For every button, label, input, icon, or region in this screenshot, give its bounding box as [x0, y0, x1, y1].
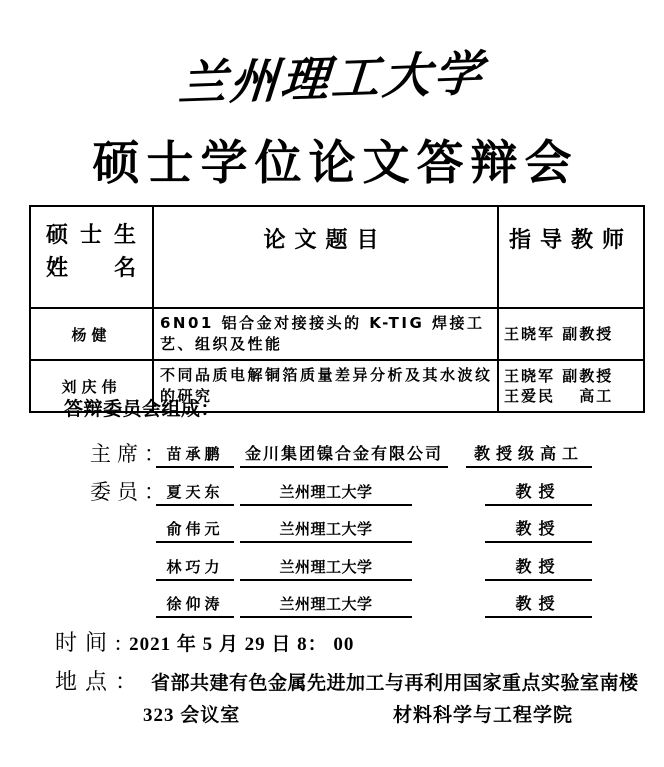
student-name-header: 硕士生 姓名: [30, 206, 153, 308]
meeting-room-text: 323 会议室: [143, 700, 240, 727]
document-page: 兰州理工大学 硕士学位论文答辩会 硕士生 姓名 论文题目 指导教师 杨健 6N0…: [0, 0, 664, 767]
committee-member-org: 兰州理工大学: [240, 481, 412, 506]
student-name-header-line1: 硕士生: [46, 219, 138, 251]
student-name-cell: 杨健: [30, 308, 153, 360]
time-value: 2021 年 5 月 29 日 8： 00: [129, 629, 354, 656]
thesis-title-header: 论文题目: [153, 206, 498, 308]
defense-table: 硕士生 姓名 论文题目 指导教师 杨健 6N01 铝合金对接接头的 K-TIG …: [29, 205, 645, 413]
committee-row: 林巧力 兰州理工大学 教授: [90, 554, 592, 581]
committee-member-title: 教授: [485, 481, 592, 506]
member-label: 委员：: [90, 479, 152, 506]
committee-member-name: 俞伟元: [156, 518, 234, 543]
location-line: 地点： 省部共建有色金属先进加工与再利用国家重点实验室南楼: [55, 665, 663, 696]
time-label: 时间:: [55, 626, 129, 657]
location-label: 地点：: [55, 665, 145, 696]
committee-member-title: 教授: [485, 518, 592, 543]
table-header-row: 硕士生 姓名 论文题目 指导教师: [30, 206, 644, 308]
committee-member-org: 兰州理工大学: [240, 518, 412, 543]
committee-row: 徐仰涛 兰州理工大学 教授: [90, 591, 592, 618]
committee-member-name: 徐仰涛: [156, 593, 234, 618]
time-line: 时间: 2021 年 5 月 29 日 8： 00: [55, 626, 354, 657]
table-row: 杨健 6N01 铝合金对接接头的 K-TIG 焊接工艺、组织及性能 王晓军 副教…: [30, 308, 644, 360]
thesis-title-cell: 6N01 铝合金对接接头的 K-TIG 焊接工艺、组织及性能: [153, 308, 498, 360]
committee-member-name: 林巧力: [156, 556, 234, 581]
advisor-cell: 王晓军 副教授 王爱民 高工: [498, 360, 644, 412]
advisor-header: 指导教师: [498, 206, 644, 308]
school-name-text: 材料科学与工程学院: [393, 700, 573, 727]
committee-heading: 答辩委员会组成：: [64, 394, 220, 421]
committee-member-title: 教授: [485, 556, 592, 581]
committee-member-org: 兰州理工大学: [240, 593, 412, 618]
committee-member-org: 金川集团镍合金有限公司: [240, 443, 448, 468]
student-name-header-line2: 姓名: [46, 251, 138, 285]
document-title: 硕士学位论文答辩会: [0, 126, 664, 193]
committee-member-org: 兰州理工大学: [240, 556, 412, 581]
committee-member-name: 苗承鹏: [156, 443, 234, 468]
location-value: 省部共建有色金属先进加工与再利用国家重点实验室南楼: [151, 668, 663, 695]
chair-label: 主席：: [90, 441, 152, 468]
university-logo-calligraphy: 兰州理工大学: [0, 40, 664, 120]
committee-member-title: 教授: [485, 593, 592, 618]
committee-row-chair: 主席： 苗承鹏 金川集团镍合金有限公司 教授级高工: [90, 441, 592, 468]
committee-row: 委员： 夏天东 兰州理工大学 教授: [90, 479, 592, 506]
university-logo-text: 兰州理工大学: [177, 35, 488, 115]
committee-member-name: 夏天东: [156, 481, 234, 506]
committee-member-title: 教授级高工: [466, 443, 592, 468]
advisor-cell: 王晓军 副教授: [498, 308, 644, 360]
committee-row: 俞伟元 兰州理工大学 教授: [90, 516, 592, 543]
